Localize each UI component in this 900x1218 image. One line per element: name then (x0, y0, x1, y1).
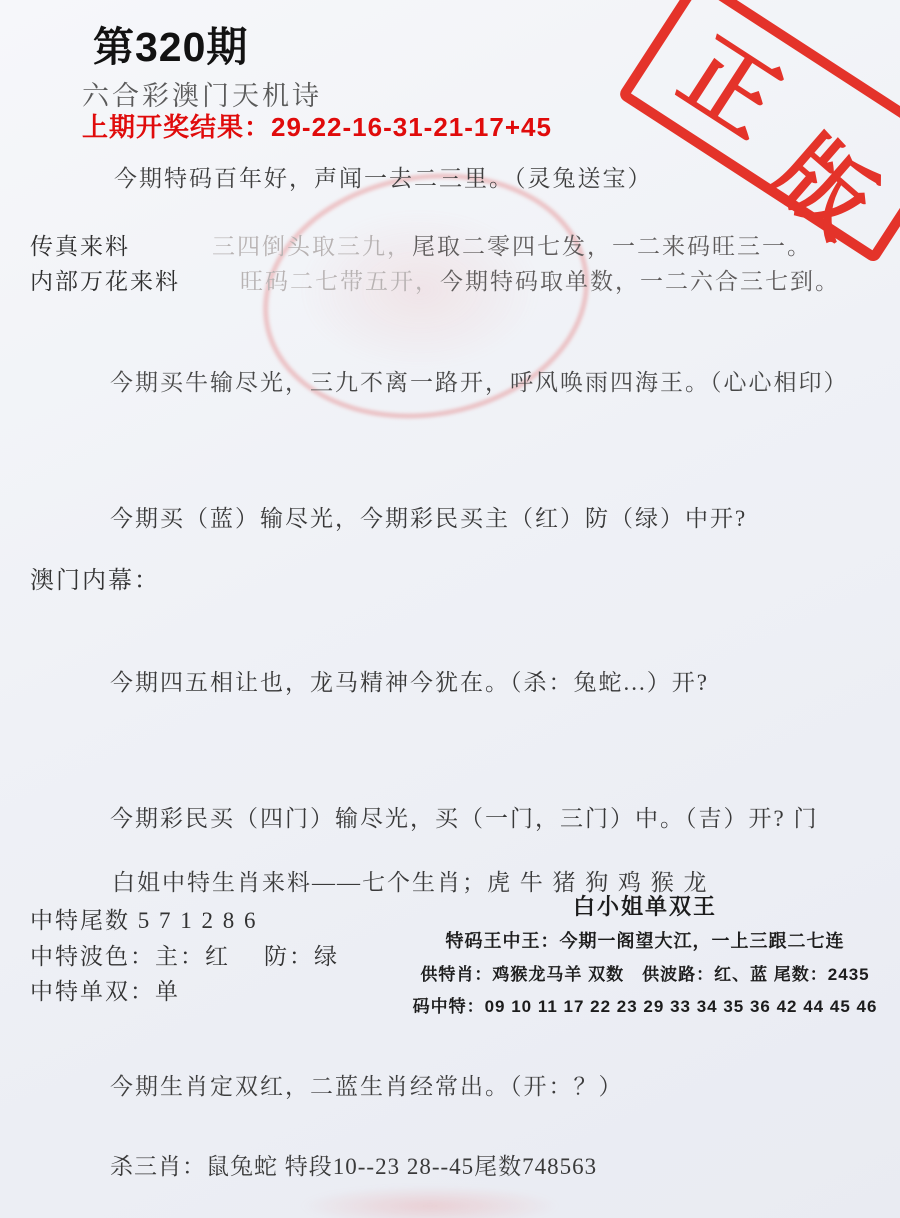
stat-wave-defend: 防：绿 (264, 944, 339, 969)
issue-title: 第320期 (93, 14, 248, 73)
poem-line-5: 今期彩民买（四门）输尽光，买（一门，三门）中。（吉）开? 门 (110, 800, 818, 833)
fax-source-text: 三四倒头取三九，尾取二零四七发，一二来码旺三一。 (212, 228, 812, 261)
white-lady-line-3: 码中特：09 10 11 17 22 23 29 33 34 35 36 42 … (392, 992, 898, 1017)
last-draw-result: 上期开奖结果：29-22-16-31-21-17+45 (82, 107, 552, 144)
stamp-char-zheng: 正 (659, 1, 808, 162)
fax-text-faded: 三四倒头取三九， (212, 234, 412, 259)
stat-wave-color: 中特波色：主：红防：绿 (30, 938, 339, 971)
white-lady-title: 白小姐单双王 (392, 890, 898, 921)
internal-text-faded: 旺码二七带五开， (240, 269, 440, 294)
internal-text-rest: 今期特码取单数，一二六合三七到。 (440, 269, 840, 294)
white-lady-box: 白小姐单双王 特码王中王：今期一阁望大江，一上三跟二七连 供特肖：鸡猴龙马羊 双… (392, 890, 898, 1017)
stat-tail-numbers: 中特尾数 5 7 1 2 8 6 (30, 902, 258, 935)
authentic-stamp: 正 版 (617, 0, 900, 264)
stat-wave-label: 中特波色： (30, 944, 155, 969)
white-lady-line-1: 特码王中王：今期一阁望大江，一上三跟二七连 (392, 927, 898, 953)
kill-three-zodiac-line: 杀三肖：鼠兔蛇 特段10--23 28--45尾数748563 (110, 1148, 597, 1181)
fax-text-rest: 尾取二零四七发，一二来码旺三一。 (412, 234, 812, 259)
poem-line-3: 今期买（蓝）输尽光，今期彩民买主（红）防（绿）中开? (110, 500, 747, 533)
poem-line-1: 今期特码百年好，声闻一去二三里。（灵兔送宝） (114, 160, 653, 193)
fax-source-label: 传真来料 (30, 228, 130, 261)
ink-smudge (300, 1186, 560, 1218)
poem-line-4: 今期四五相让也，龙马精神今犹在。（杀：兔蛇...）开? (110, 664, 709, 697)
last-draw-result-label: 上期开奖结果： (82, 112, 271, 142)
tip-sheet-page: 第320期 六合彩澳门天机诗 上期开奖结果：29-22-16-31-21-17+… (0, 0, 900, 1218)
internal-source-label: 内部万花来料 (30, 263, 180, 296)
stat-wave-main: 主：红 (155, 944, 230, 969)
poem-line-2: 今期买牛输尽光，三九不离一路开，呼风唤雨四海王。（心心相印） (110, 364, 849, 397)
stat-odd-even: 中特单双：单 (30, 973, 180, 1006)
internal-source-text: 旺码二七带五开，今期特码取单数，一二六合三七到。 (240, 263, 840, 296)
last-draw-result-numbers: 29-22-16-31-21-17+45 (271, 112, 552, 142)
poem-line-6: 今期生肖定双红，二蓝生肖经常出。（开：？） (110, 1068, 624, 1101)
macau-insider-label: 澳门内幕： (30, 560, 160, 595)
white-lady-line-2: 供特肖：鸡猴龙马羊 双数 供波路：红、蓝 尾数：2435 (392, 960, 898, 985)
